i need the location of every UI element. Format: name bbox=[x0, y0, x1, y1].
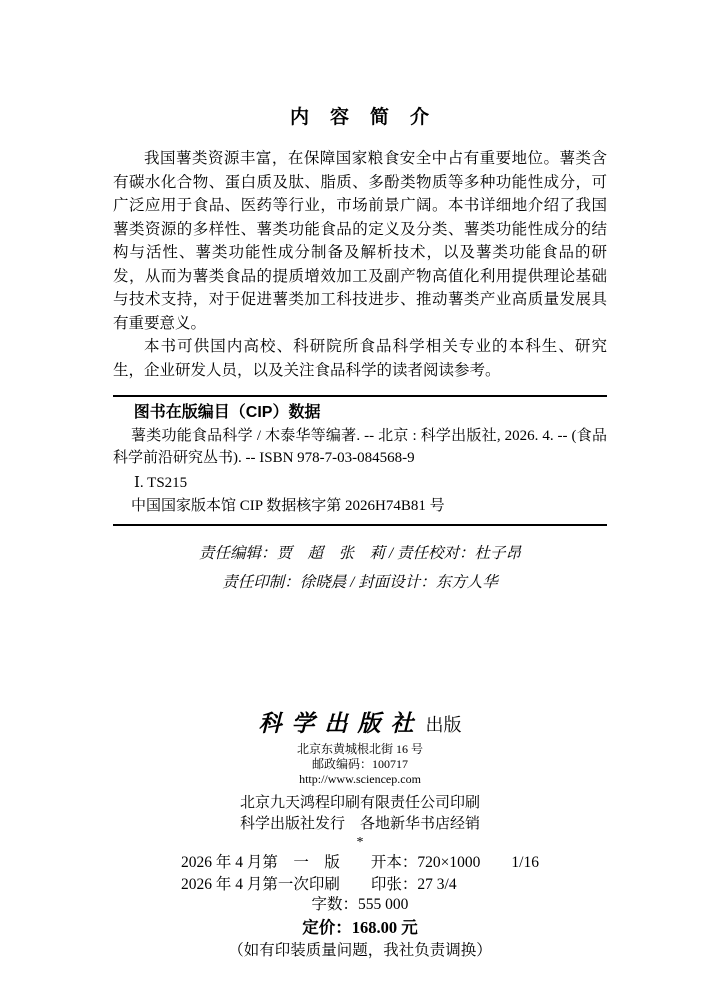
word-count-line: 字数：555 000 bbox=[113, 895, 607, 915]
cip-record-number: 中国国家版本馆 CIP 数据核字第 2026H74B81 号 bbox=[113, 495, 607, 517]
credits-editors-line: 责任编辑：贾 超 张 莉 / 责任校对：杜子昂 bbox=[113, 539, 607, 568]
publisher-postcode: 邮政编码：100717 bbox=[113, 757, 607, 772]
credits-print-design-line: 责任印制：徐晓晨 / 封面设计：东方人华 bbox=[113, 568, 607, 597]
imprint-block: 科学出版社出版 北京东黄城根北街 16 号 邮政编码：100717 http:/… bbox=[113, 711, 607, 962]
edition-info-block: 2026 年 4 月第 一 版 开本：720×1000 1/16 2026 年 … bbox=[113, 852, 607, 895]
asterisk-separator: * bbox=[113, 836, 607, 850]
quality-exchange-notice: （如有印装质量问题，我社负责调换） bbox=[113, 940, 607, 962]
cip-classification-number: Ⅰ. TS215 bbox=[113, 471, 607, 495]
publisher-role-label: 出版 bbox=[426, 715, 462, 735]
book-copyright-page: 内 容 简 介 我国薯类资源丰富，在保障国家粮食安全中占有重要地位。薯类含有碳水… bbox=[0, 0, 720, 1000]
edition-line-first-edition: 2026 年 4 月第 一 版 开本：720×1000 1/16 bbox=[181, 852, 539, 874]
printer-line: 北京九天鸿程印刷有限责任公司印刷 bbox=[113, 793, 607, 814]
publisher-street-address: 北京东黄城根北街 16 号 bbox=[113, 742, 607, 757]
publisher-name: 科学出版社 bbox=[259, 711, 424, 736]
content-summary-title: 内 容 简 介 bbox=[113, 0, 607, 130]
printing-distribution-block: 北京九天鸿程印刷有限责任公司印刷 科学出版社发行 各地新华书店经销 bbox=[113, 793, 607, 835]
publisher-website: http://www.sciencep.com bbox=[113, 772, 607, 787]
staff-credits: 责任编辑：贾 超 张 莉 / 责任校对：杜子昂 责任印制：徐晓晨 / 封面设计：… bbox=[113, 539, 607, 597]
intro-paragraph-1: 我国薯类资源丰富，在保障国家粮食安全中占有重要地位。薯类含有碳水化合物、蛋白质及… bbox=[113, 147, 607, 335]
cip-heading: 图书在版编目（CIP）数据 bbox=[113, 403, 607, 423]
cip-data-box: 图书在版编目（CIP）数据 薯类功能食品科学 / 木泰华等编著. -- 北京 :… bbox=[113, 395, 607, 526]
cip-catalog-entry: 薯类功能食品科学 / 木泰华等编著. -- 北京 : 科学出版社, 2026. … bbox=[113, 425, 607, 469]
distribution-line: 科学出版社发行 各地新华书店经销 bbox=[113, 814, 607, 835]
price-line: 定价：168.00 元 bbox=[113, 917, 607, 939]
publisher-line: 科学出版社出版 bbox=[113, 711, 607, 740]
intro-paragraph-2: 本书可供国内高校、科研院所食品科学相关专业的本科生、研究生，企业研发人员，以及关… bbox=[113, 335, 607, 382]
publisher-address-block: 北京东黄城根北街 16 号 邮政编码：100717 http://www.sci… bbox=[113, 742, 607, 787]
content-column: 内 容 简 介 我国薯类资源丰富，在保障国家粮食安全中占有重要地位。薯类含有碳水… bbox=[113, 0, 607, 962]
edition-info-lines: 2026 年 4 月第 一 版 开本：720×1000 1/16 2026 年 … bbox=[181, 852, 539, 895]
edition-line-first-printing: 2026 年 4 月第一次印刷 印张：27 3/4 bbox=[181, 874, 539, 896]
